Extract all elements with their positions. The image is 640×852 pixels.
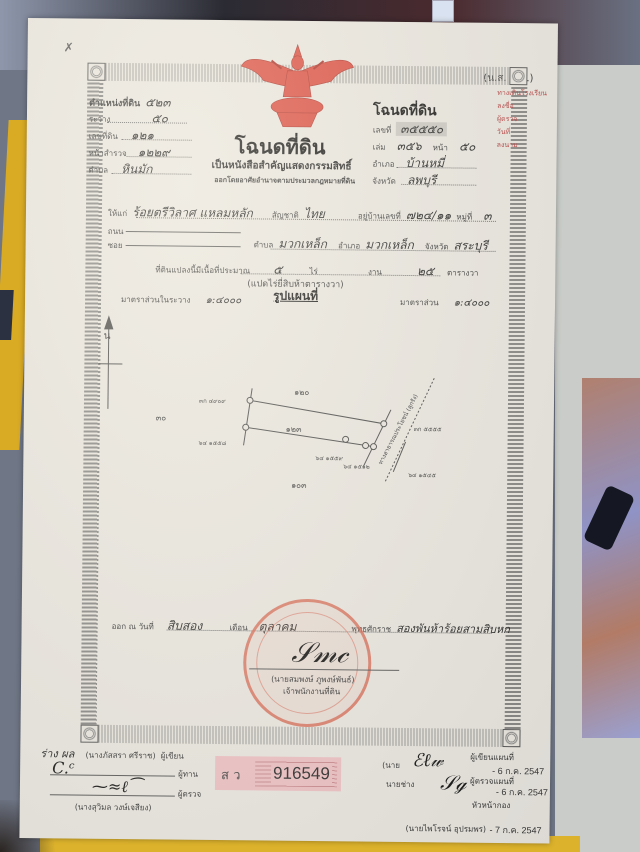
inspector-role: ผู้ตรวจ <box>178 788 201 801</box>
se-marker: ๖๔ ๑๕๑๒ <box>343 461 369 471</box>
scale-right-value: ๑:๔๐๐๐ <box>454 297 490 308</box>
scale-left-label: มาตราส่วนในระวาง <box>121 295 191 305</box>
nw-marker: ๓ก ๔๙๐๙ <box>199 396 226 406</box>
corner-ornament-icon <box>87 63 105 81</box>
area-sqwa-label: ตารางวา <box>447 268 478 277</box>
checker-role: ผู้ทาน <box>178 768 198 781</box>
nayra-label: นายช่าง <box>386 778 415 791</box>
e-marker: ๖๔ ๑๕๔๕ <box>408 470 436 480</box>
map-writer-role: ผู้เขียนแผนที่ <box>470 751 514 764</box>
deed-subtitle: เป็นหนังสือสำคัญแสดงกรรมสิทธิ์ <box>211 158 351 174</box>
page-value: ๕๐ <box>459 140 476 154</box>
parcel-south-label: ๑๐๓ <box>291 479 307 492</box>
parcel-center-label: ๑๒๓ <box>286 423 302 436</box>
land-no-label: เลขที่ดิน <box>89 132 118 141</box>
parcel-west-label: ๓๐ <box>156 411 166 424</box>
corner-ornament-icon <box>80 725 98 743</box>
parcel-north-label: ๑๒๐ <box>294 386 309 399</box>
title-deed: ✗ (น.ส. ๔ จ.) ตำแหน่งที่ดิน ๕๒๓ ระวาง ๕๐ <box>19 18 558 844</box>
inspector-name: (นางสุวิมล วงษ์เจสียง) <box>75 801 152 815</box>
serial-number: 916549 <box>271 764 332 785</box>
fold-mark-icon: ✗ <box>64 40 74 54</box>
background-poster <box>582 378 640 738</box>
serial-number-box: ส ว 916549 <box>215 756 341 791</box>
soi-label: ซอย <box>108 241 123 250</box>
officer-signature: 𝒮𝓂𝒸 <box>291 636 348 671</box>
chief-role: หัวหน้ากอง <box>472 799 511 812</box>
garuda-emblem-icon <box>237 40 358 131</box>
page-label: หน้า <box>433 143 448 152</box>
signer-name: (นายไพโรจน์ อุปรมพร) <box>405 822 486 836</box>
district-label: อำเภอ <box>372 160 394 169</box>
subdistrict-label: ตำบล <box>88 166 108 175</box>
issued-year: สองพันห้าร้อยสามสิบหก <box>396 622 510 636</box>
ne-marker: ๓ก ๕๕๕๕ <box>414 424 442 434</box>
side-stamp: ทางเดินโรงเรียน ลงชื่อ ผู้ตรวจ วันที่ ลง… <box>497 87 558 158</box>
signer-date: - 7 ก.ค. 2547 <box>489 823 541 838</box>
owner-to-label: ให้แก่ <box>108 209 127 218</box>
map-checker-signature: 𝒮ℊ <box>440 770 467 794</box>
serial-prefix: ส ว <box>221 764 241 785</box>
issued-label: ออก ณ วันที่ <box>112 622 154 631</box>
scale-left-value: ๑:๔๐๐๐ <box>206 295 242 306</box>
survey-page-label: หน้าสำรวจ <box>89 149 127 158</box>
deed-subtitle-legal: ออกโดยอาศัยอำนาจตามประมวลกฎหมายที่ดิน <box>214 175 355 187</box>
sw-marker: ๖๔ ๑๕๕๘ <box>199 438 227 448</box>
area-label: ที่ดินแปลงนี้มีเนื้อที่ประมาณ <box>155 265 250 275</box>
deed-no-label: เลขที่ <box>373 126 391 135</box>
officer-title: เจ้าพนักงานที่ดิน <box>283 685 340 699</box>
scale-right-label: มาตราส่วน <box>400 298 439 307</box>
background-tag <box>432 0 454 22</box>
north-label: น <box>104 329 111 344</box>
province-label: จังหวัด <box>372 177 396 186</box>
prefix-label: (นาย <box>382 759 400 772</box>
map-checker-date: - 6 ก.ค. 2547 <box>496 785 548 800</box>
mid-marker: ๖๔ ๑๕๕๙ <box>315 453 343 463</box>
book-label: เล่ม <box>373 143 386 152</box>
writer-role: ผู้เขียน <box>161 751 184 760</box>
map-title: รูปแผนที่ <box>273 287 318 306</box>
corner-ornament-icon <box>502 729 520 747</box>
map-writer-signature: ℰℓ𝓌 <box>412 750 443 771</box>
corner-ornament-icon <box>509 67 527 85</box>
writer-name: (นางภัสสรา ศรีราช) <box>85 751 155 761</box>
